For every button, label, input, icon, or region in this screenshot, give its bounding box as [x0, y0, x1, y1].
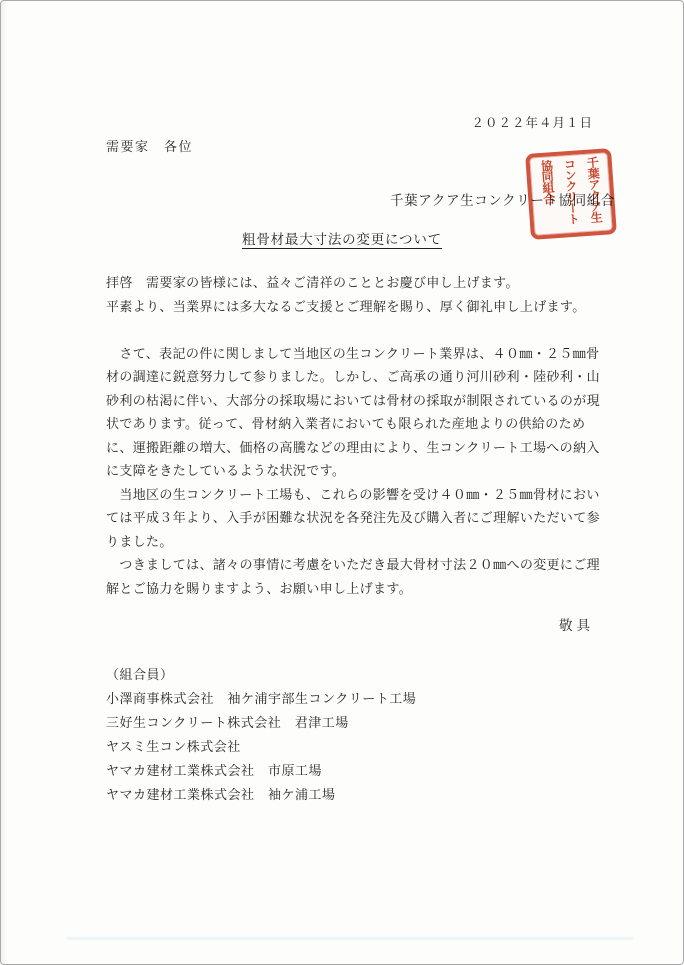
body-line: 拝啓 需要家の皆様には、益々ご清祥のこととお慶び申し上げます。 [106, 271, 611, 295]
body-line: つきましては、諸々の事情に考慮をいただき最大骨材寸法２０㎜への変更にご理 [106, 553, 611, 577]
scan-artifact-line [67, 937, 633, 940]
body-line: 解とご協力を賜りますよう、お願い申し上げます。 [106, 577, 611, 601]
letter-body: 拝啓 需要家の皆様には、益々ご清祥のこととお慶び申し上げます。 平素より、当業界… [106, 271, 611, 600]
body-line: ては平成３年より、入手が困難な状況を各発注先及び購入者にご理解いただいて参 [106, 506, 611, 530]
seal-column-3: 協同組合 [534, 159, 562, 232]
body-line: さて、表記の件に関しまして当地区の生コンクリート業界は、４０㎜・２５㎜骨 [106, 342, 611, 366]
member-line: ヤマカ建材工業株式会社 市原工場 [106, 759, 416, 783]
document-title: 粗骨材最大寸法の変更について [1, 228, 683, 248]
member-line: 小澤商事株式会社 袖ケ浦宇部生コンクリート工場 [106, 687, 416, 711]
body-line: りました。 [106, 530, 611, 554]
member-line: 三好生コンクリート株式会社 君津工場 [106, 711, 416, 735]
closing-keigu: 敬具 [559, 614, 594, 634]
body-line: 材の調達に鋭意努力して参りました。しかし、ご高承の通り河川砂利・陸砂利・山 [106, 365, 611, 389]
company-seal-text: 千葉アクア生 コンクリート 協同組合 [534, 156, 608, 233]
members-section: （組合員） 小澤商事株式会社 袖ケ浦宇部生コンクリート工場 三好生コンクリート株… [106, 663, 416, 807]
seal-column-2: コンクリート [557, 157, 585, 230]
company-seal-stamp: 千葉アクア生 コンクリート 協同組合 [525, 148, 617, 240]
member-line: ヤマカ建材工業株式会社 袖ケ浦工場 [106, 783, 416, 807]
body-line: に、運搬距離の増大、価格の高騰などの理由により、生コンクリート工場への納入 [106, 436, 611, 460]
recipient-line: 需要家 各位 [106, 136, 193, 155]
members-heading: （組合員） [106, 663, 416, 687]
body-line: に支障をきたしているような状況です。 [106, 459, 611, 483]
body-line: 当地区の生コンクリート工場も、これらの影響を受け４０㎜・２５㎜骨材におい [106, 483, 611, 507]
date-line: ２０２２年４月１日 [471, 113, 593, 131]
scanned-letter-page: ２０２２年４月１日 需要家 各位 千葉アクア生コンクリート協同組合 千葉アクア生… [0, 0, 684, 965]
body-line: 状であります。従って、骨材納入業者においても限られた産地よりの供給のため [106, 412, 611, 436]
member-line: ヤスミ生コン株式会社 [106, 735, 416, 759]
body-line-blank [106, 318, 611, 342]
body-line: 砂利の枯渇に伴い、大部分の採取場においては骨材の採取が制限されているのが現 [106, 389, 611, 413]
body-line: 平素より、当業界には多大なるご支援とご理解を賜り、厚く御礼申し上げます。 [106, 295, 611, 319]
